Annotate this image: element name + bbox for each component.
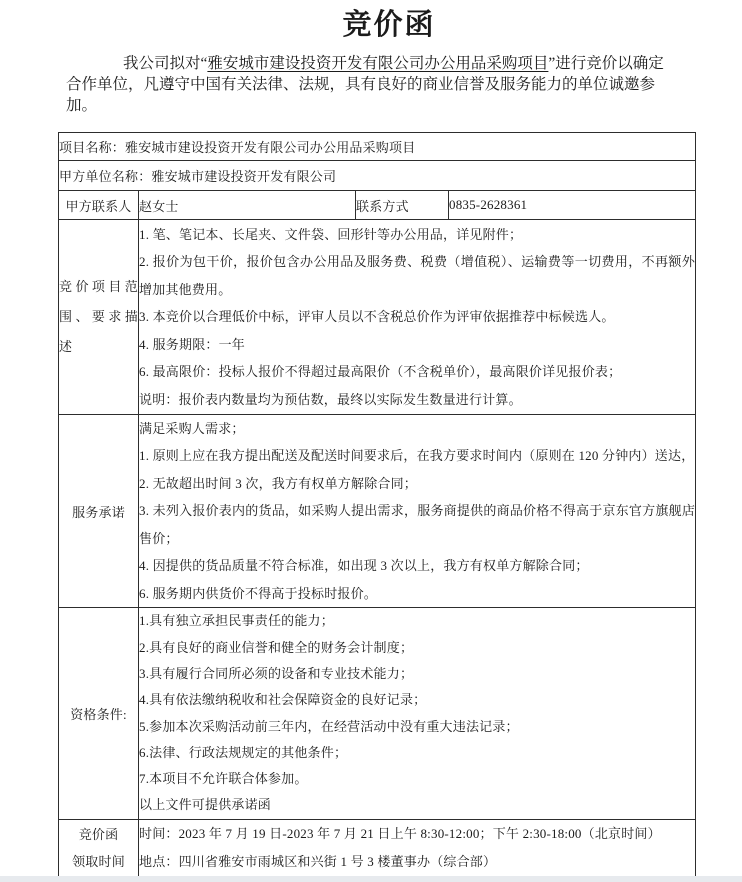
scope-item: 2. 报价为包干价，报价包含办公用品及服务费、税费（增值税）、运输费等一切费用，…: [139, 248, 695, 303]
qualification-item: 5.参加本次采购活动前三年内，在经营活动中没有重大违法记录；: [139, 714, 695, 740]
qualification-header-cell: 资格条件:: [59, 608, 139, 820]
party-a-name-cell: 甲方单位名称：雅安城市建设投资开发有限公司: [59, 161, 696, 191]
pickup-time: 时间：2023 年 7 月 19 日-2023 年 7 月 21 日上午 8:3…: [139, 820, 695, 848]
qualification-item: 7.本项目不允许联合体参加。: [139, 766, 695, 792]
contact-person-value: 赵女士: [139, 191, 356, 220]
bid-info-table: 项目名称：雅安城市建设投资开发有限公司办公用品采购项目 甲方单位名称：雅安城市建…: [58, 132, 696, 878]
table-row: 资格条件: 1.具有独立承担民事责任的能力； 2.具有良好的商业信誉和健全的财务…: [59, 608, 696, 820]
intro-text-prefix: 我公司拟对“: [123, 55, 207, 72]
scope-item: 4. 服务期限：一年: [139, 331, 695, 358]
page-title: 竞价函: [0, 0, 742, 43]
scope-content-cell: 1. 笔、笔记本、长尾夹、文件袋、回形针等办公用品，详见附件； 2. 报价为包干…: [139, 220, 696, 415]
intro-line-1: 我公司拟对“雅安城市建设投资开发有限公司办公用品采购项目”进行竞价以确定: [66, 53, 712, 74]
table-row: 竞价函 领取时间 时间：2023 年 7 月 19 日-2023 年 7 月 2…: [59, 820, 696, 878]
project-name-underlined: 雅安城市建设投资开发有限公司办公用品采购项目: [207, 55, 548, 72]
contact-phone-label: 联系方式: [356, 191, 449, 220]
pickup-header-line: 领取时间: [59, 848, 138, 875]
intro-line-2: 合作单位，凡遵守中国有关法律、法规，具有良好的商业信誉及服务能力的单位诚邀参: [66, 74, 712, 95]
pickup-header-cell: 竞价函 领取时间: [59, 820, 139, 878]
table-row: 项目名称：雅安城市建设投资开发有限公司办公用品采购项目: [59, 133, 696, 161]
intro-line-3: 加。: [66, 95, 712, 116]
service-item: 2. 无故超出时间 3 次，我方有权单方解除合同；: [139, 470, 695, 497]
intro-text-suffix: ”进行竞价以确定: [548, 55, 663, 72]
table-row: 甲方联系人 赵女士 联系方式 0835-2628361: [59, 191, 696, 220]
contact-person-label: 甲方联系人: [59, 191, 139, 220]
qualification-item: 6.法律、行政法规规定的其他条件；: [139, 740, 695, 766]
intro-paragraph: 我公司拟对“雅安城市建设投资开发有限公司办公用品采购项目”进行竞价以确定 合作单…: [66, 53, 712, 116]
scope-item: 3. 本竞价以合理低价中标，评审人员以不含税总价作为评审依据推荐中标候选人。: [139, 303, 695, 330]
pickup-location: 地点：四川省雅安市雨城区和兴街 1 号 3 楼董事办（综合部）: [139, 848, 695, 876]
service-item: 1. 原则上应在我方提出配送及配送时间要求后，在我方要求时间内（原则在 120 …: [139, 442, 695, 469]
scope-item: 6. 最高限价：投标人报价不得超过最高限价（不含税单价），最高限价详见报价表；: [139, 358, 695, 385]
qualification-item: 2.具有良好的商业信誉和健全的财务会计制度；: [139, 635, 695, 661]
scanned-document-page: 竞价函 我公司拟对“雅安城市建设投资开发有限公司办公用品采购项目”进行竞价以确定…: [0, 0, 742, 882]
qualification-item: 1.具有独立承担民事责任的能力；: [139, 608, 695, 634]
service-content-cell: 满足采购人需求； 1. 原则上应在我方提出配送及配送时间要求后，在我方要求时间内…: [139, 415, 696, 608]
project-name-cell: 项目名称：雅安城市建设投资开发有限公司办公用品采购项目: [59, 133, 696, 161]
scope-item: 1. 笔、笔记本、长尾夹、文件袋、回形针等办公用品，详见附件；: [139, 221, 695, 248]
table-row: 服务承诺 满足采购人需求； 1. 原则上应在我方提出配送及配送时间要求后，在我方…: [59, 415, 696, 608]
contact-phone-value: 0835-2628361: [449, 191, 696, 220]
table-row: 竞价项目范围、要求描述 1. 笔、笔记本、长尾夹、文件袋、回形针等办公用品，详见…: [59, 220, 696, 415]
service-item: 4. 因提供的货品质量不符合标准，如出现 3 次以上，我方有权单方解除合同；: [139, 552, 695, 579]
qualification-content-cell: 1.具有独立承担民事责任的能力； 2.具有良好的商业信誉和健全的财务会计制度； …: [139, 608, 696, 820]
service-item: 满足采购人需求；: [139, 415, 695, 442]
table-row: 甲方单位名称：雅安城市建设投资开发有限公司: [59, 161, 696, 191]
service-item: 6. 服务期内供货价不得高于投标时报价。: [139, 580, 695, 607]
pickup-content-cell: 时间：2023 年 7 月 19 日-2023 年 7 月 21 日上午 8:3…: [139, 820, 696, 878]
qualification-item: 4.具有依法缴纳税收和社会保障资金的良好记录；: [139, 687, 695, 713]
service-header-cell: 服务承诺: [59, 415, 139, 608]
scope-item: 说明：报价表内数量均为预估数，最终以实际发生数量进行计算。: [139, 386, 695, 413]
service-item: 3. 未列入报价表内的货品，如采购人提出需求，服务商提供的商品价格不得高于京东官…: [139, 497, 695, 552]
scope-header-cell: 竞价项目范围、要求描述: [59, 220, 139, 415]
qualification-item: 以上文件可提供承诺函: [139, 792, 695, 818]
qualification-item: 3.具有履行合同所必须的设备和专业技术能力；: [139, 661, 695, 687]
pickup-header-line: 竞价函: [59, 821, 138, 848]
scan-edge-artifact: [0, 876, 742, 882]
